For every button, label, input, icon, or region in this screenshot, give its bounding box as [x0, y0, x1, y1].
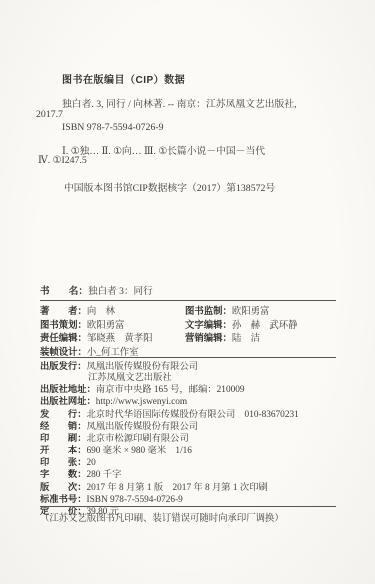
publishing-info-block: 出版发行：凤凰出版传媒股份有限公司 江苏凤凰文艺出版社 出版社地址：南京市中央路…	[40, 361, 299, 518]
cip-section-title: 图书在版编目（CIP）数据	[62, 71, 185, 86]
divider-top	[40, 300, 336, 301]
pub-row-website: 出版社网址：http://www.jswenyi.com	[40, 396, 299, 408]
credit-row-editor: 责任编辑：邹晓燕 黄孝阳	[40, 332, 153, 346]
replacement-notice: （江苏文艺版图书凡印刷、装订错误可随时向承印厂调换）	[40, 510, 284, 524]
credit-row-supervisor: 图书监制：欧阳勇富	[185, 305, 298, 319]
credits-left-column: 著 者：向 林 图书策划：欧阳勇富 责任编辑：邹晓燕 黄孝阳 装帧设计：小_何工…	[40, 305, 153, 360]
pub-row-retail: 经 销：凤凰出版传媒股份有限公司	[40, 421, 299, 433]
cip-registry-number: 中国版本图书馆CIP数据核字（2017）第138572号	[64, 180, 275, 194]
pub-row-wordcount: 字 数：280 千字	[40, 469, 299, 481]
credit-row-copy-editor: 文字编辑：孙 赫 武环静	[185, 319, 298, 333]
pub-row-publisher-line2: 江苏凤凰文艺出版社	[40, 373, 299, 384]
cip-classification-line-1: Ⅰ. ①独… Ⅱ. ①向… Ⅲ. ①长篇小说－中国－当代	[62, 143, 265, 157]
credit-row-marketing-editor: 营销编辑：陆 洁	[185, 332, 298, 346]
pub-row-printer: 印 刷：北京市松源印刷有限公司	[40, 433, 299, 445]
credit-row-author: 著 者：向 林	[40, 305, 153, 319]
pub-row-sheets: 印 张：20	[40, 457, 299, 469]
pub-row-edition: 版 次：2017 年 8 月第 1 版 2017 年 8 月第 1 次印刷	[40, 482, 299, 494]
book-title-row: 书 名：独白者 3：同行	[40, 283, 153, 297]
pub-row-address: 出版社地址：南京市中央路 165 号，邮编：210009	[40, 384, 299, 396]
credits-right-column: 图书监制：欧阳勇富 文字编辑：孙 赫 武环静 营销编辑：陆 洁	[185, 305, 298, 346]
cip-entry-line-1: 独白者. 3, 同行 / 向林著. -- 南京：江苏凤凰文艺出版社,	[62, 96, 297, 110]
book-copyright-page: 图书在版编目（CIP）数据 独白者. 3, 同行 / 向林著. -- 南京：江苏…	[0, 0, 375, 584]
divider-bottom	[40, 506, 336, 507]
cip-classification-line-2: Ⅳ. ①I247.5	[38, 155, 87, 166]
book-title-value: 独白者 3：同行	[88, 286, 153, 297]
cip-entry-line-2: 2017.7	[36, 109, 63, 120]
pub-row-format: 开 本：690 毫米 × 980 毫米 1/16	[40, 445, 299, 457]
pub-row-distribution: 发 行：北京时代华语国际传媒股份有限公司 010-83670231	[40, 409, 299, 421]
cip-isbn-line: ISBN 978-7-5594-0726-9	[62, 122, 164, 133]
credit-row-planner: 图书策划：欧阳勇富	[40, 319, 153, 333]
book-title-label: 书 名：	[40, 286, 88, 297]
divider-middle	[40, 357, 336, 358]
pub-row-isbn: 标准书号：ISBN 978-7-5594-0726-9	[40, 494, 299, 506]
pub-row-publisher: 出版发行：凤凰出版传媒股份有限公司	[40, 361, 299, 373]
